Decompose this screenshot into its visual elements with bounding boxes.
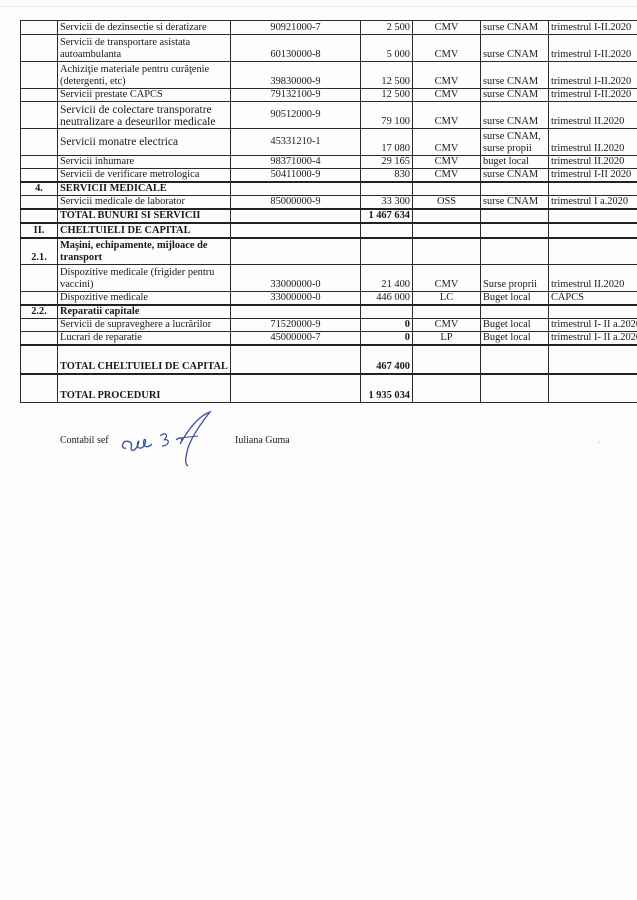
cell-value: 79 100 [361, 102, 413, 129]
cell-procedure [413, 238, 481, 264]
cell-source: surse CNAM [481, 89, 549, 102]
cell-nr [21, 21, 58, 35]
cell-nr [21, 102, 58, 129]
table-row: TOTAL PROCEDURI1 935 034 [21, 374, 637, 403]
cell-period: trimestrul I- II a.2020 [549, 318, 637, 331]
table-row: Dispozitive medicale33000000-0446 000LCB… [21, 291, 637, 305]
scan-edge [0, 6, 637, 7]
cell-period: trimestrul I-II.2020 [549, 89, 637, 102]
cell-period [549, 238, 637, 264]
cell-procedure [413, 209, 481, 223]
cell-source: Buget local [481, 291, 549, 305]
cell-source: surse CNAM [481, 35, 549, 62]
cell-period: trimestrul I-II.2020 [549, 21, 637, 35]
cell-nr: 4. [21, 182, 58, 196]
cell-name: TOTAL BUNURI SI SERVICII [58, 209, 231, 223]
cell-code [231, 345, 361, 374]
cell-nr [21, 345, 58, 374]
table-row: Servicii de supraveghere a lucrărilor715… [21, 318, 637, 331]
cell-procedure: LP [413, 331, 481, 345]
table-row: Servicii prestate CAPCS79132100-912 500C… [21, 89, 637, 102]
cell-value [361, 223, 413, 238]
table-row: Servicii de verificare metrologica504110… [21, 169, 637, 183]
cell-code: 33000000-0 [231, 291, 361, 305]
cell-value: 830 [361, 169, 413, 183]
cell-code: 60130000-8 [231, 35, 361, 62]
signature-mark-icon [118, 408, 228, 468]
cell-nr [21, 331, 58, 345]
cell-value: 29 165 [361, 156, 413, 169]
cell-code: 90921000-7 [231, 21, 361, 35]
cell-value: 1 935 034 [361, 374, 413, 403]
cell-name: Servicii inhumare [58, 156, 231, 169]
cell-name: Servicii de dezinsectie si deratizare [58, 21, 231, 35]
cell-source: Surse proprii [481, 264, 549, 291]
cell-value: 12 500 [361, 62, 413, 89]
table-row: 2.1.Maşini, echipamente, mijloace de tra… [21, 238, 637, 264]
cell-value [361, 238, 413, 264]
cell-code: 45331210-1 [231, 129, 361, 156]
cell-procedure [413, 182, 481, 196]
cell-nr [21, 156, 58, 169]
signature-name: Iuliana Guma [235, 435, 290, 446]
cell-value: 2 500 [361, 21, 413, 35]
cell-nr [21, 169, 58, 183]
cell-procedure: CMV [413, 156, 481, 169]
cell-nr: II. [21, 223, 58, 238]
cell-name: Lucrari de reparatie [58, 331, 231, 345]
cell-source [481, 182, 549, 196]
cell-nr: 2.2. [21, 305, 58, 319]
cell-nr [21, 129, 58, 156]
cell-name: Servicii de supraveghere a lucrărilor [58, 318, 231, 331]
table-row: TOTAL BUNURI SI SERVICII1 467 634 [21, 209, 637, 223]
table-row: Servicii medicale de laborator85000000-9… [21, 196, 637, 210]
cell-source [481, 223, 549, 238]
table-row: Lucrari de reparatie45000000-70LPBuget l… [21, 331, 637, 345]
cell-code: 39830000-9 [231, 62, 361, 89]
cell-source [481, 305, 549, 319]
cell-value: 0 [361, 331, 413, 345]
cell-nr [21, 291, 58, 305]
cell-period [549, 209, 637, 223]
table-row: Servicii de dezinsectie si deratizare909… [21, 21, 637, 35]
cell-nr: 2.1. [21, 238, 58, 264]
cell-source: buget local [481, 156, 549, 169]
cell-nr [21, 89, 58, 102]
table-row: 4.SERVICII MEDICALE [21, 182, 637, 196]
cell-value: 33 300 [361, 196, 413, 210]
cell-name: Servicii de verificare metrologica [58, 169, 231, 183]
cell-value: 17 080 [361, 129, 413, 156]
cell-nr [21, 196, 58, 210]
cell-value [361, 182, 413, 196]
cell-period: trimestrul II.2020 [549, 102, 637, 129]
cell-code: 50411000-9 [231, 169, 361, 183]
cell-name: Servicii de colectare transporatre neutr… [58, 102, 231, 129]
cell-period: trimestrul II.2020 [549, 129, 637, 156]
cell-source: surse CNAM [481, 62, 549, 89]
cell-value: 5 000 [361, 35, 413, 62]
table-row: 2.2.Reparatii capitale [21, 305, 637, 319]
cell-name: Reparatii capitale [58, 305, 231, 319]
cell-code [231, 374, 361, 403]
cell-period: trimestrul I- II a.2020 [549, 331, 637, 345]
cell-code: 71520000-9 [231, 318, 361, 331]
table-row: Servicii monatre electrica45331210-117 0… [21, 129, 637, 156]
signature-role: Contabil sef [60, 435, 109, 446]
table-row: Achiziţie materiale pentru curăţenie (de… [21, 62, 637, 89]
cell-value [361, 305, 413, 319]
cell-name: TOTAL PROCEDURI [58, 374, 231, 403]
cell-source: Buget local [481, 318, 549, 331]
cell-procedure: CMV [413, 102, 481, 129]
cell-code: 98371000-4 [231, 156, 361, 169]
cell-code [231, 305, 361, 319]
cell-procedure: CMV [413, 264, 481, 291]
cell-value: 467 400 [361, 345, 413, 374]
cell-name: Maşini, echipamente, mijloace de transpo… [58, 238, 231, 264]
table-row: Dispozitive medicale (frigider pentru va… [21, 264, 637, 291]
cell-code: 90512000-9 [231, 102, 361, 129]
table-row: Servicii inhumare98371000-429 165CMVbuge… [21, 156, 637, 169]
cell-procedure [413, 345, 481, 374]
table-row: Servicii de colectare transporatre neutr… [21, 102, 637, 129]
cell-nr [21, 35, 58, 62]
cell-name: Dispozitive medicale [58, 291, 231, 305]
cell-period: trimestrul I-II.2020 [549, 62, 637, 89]
cell-code: 79132100-9 [231, 89, 361, 102]
table-row: II.CHELTUIELI DE CAPITAL [21, 223, 637, 238]
cell-period: CAPCS [549, 291, 637, 305]
cell-period: trimestrul II.2020 [549, 264, 637, 291]
cell-period: trimestrul I-II 2020 [549, 169, 637, 183]
cell-name: Servicii monatre electrica [58, 129, 231, 156]
cell-source: surse CNAM [481, 196, 549, 210]
cell-value: 446 000 [361, 291, 413, 305]
cell-name: CHELTUIELI DE CAPITAL [58, 223, 231, 238]
cell-nr [21, 62, 58, 89]
cell-procedure: CMV [413, 89, 481, 102]
cell-procedure [413, 305, 481, 319]
cell-procedure: CMV [413, 169, 481, 183]
cell-source: surse CNAM [481, 169, 549, 183]
cell-procedure: CMV [413, 129, 481, 156]
cell-code [231, 209, 361, 223]
cell-code [231, 182, 361, 196]
cell-nr [21, 318, 58, 331]
table-row: Servicii de transportare asistata autoam… [21, 35, 637, 62]
cell-value: 1 467 634 [361, 209, 413, 223]
cell-name: SERVICII MEDICALE [58, 182, 231, 196]
cell-period: trimestrul I-II.2020 [549, 35, 637, 62]
procurement-table: Servicii de dezinsectie si deratizare909… [20, 20, 637, 403]
cell-nr [21, 209, 58, 223]
cell-period [549, 305, 637, 319]
cell-period [549, 182, 637, 196]
cell-period: trimestrul I a.2020 [549, 196, 637, 210]
cell-code: 33000000-0 [231, 264, 361, 291]
cell-name: Dispozitive medicale (frigider pentru va… [58, 264, 231, 291]
scan-artifact: ' [598, 440, 600, 451]
cell-source [481, 345, 549, 374]
cell-source [481, 209, 549, 223]
cell-procedure: CMV [413, 21, 481, 35]
cell-name: Servicii medicale de laborator [58, 196, 231, 210]
cell-code: 85000000-9 [231, 196, 361, 210]
table-row: TOTAL CHELTUIELI DE CAPITAL467 400 [21, 345, 637, 374]
cell-procedure: CMV [413, 35, 481, 62]
cell-code: 45000000-7 [231, 331, 361, 345]
cell-procedure [413, 223, 481, 238]
cell-source [481, 238, 549, 264]
cell-code [231, 223, 361, 238]
cell-nr [21, 374, 58, 403]
cell-period [549, 223, 637, 238]
cell-procedure: LC [413, 291, 481, 305]
cell-source: surse CNAM [481, 102, 549, 129]
cell-nr [21, 264, 58, 291]
cell-procedure: OSS [413, 196, 481, 210]
cell-name: Achiziţie materiale pentru curăţenie (de… [58, 62, 231, 89]
cell-period [549, 374, 637, 403]
cell-source: surse CNAM, surse propii [481, 129, 549, 156]
cell-name: Servicii prestate CAPCS [58, 89, 231, 102]
cell-value: 12 500 [361, 89, 413, 102]
cell-name: Servicii de transportare asistata autoam… [58, 35, 231, 62]
cell-code [231, 238, 361, 264]
cell-value: 21 400 [361, 264, 413, 291]
cell-procedure: CMV [413, 318, 481, 331]
cell-value: 0 [361, 318, 413, 331]
cell-source: Buget local [481, 331, 549, 345]
cell-name: TOTAL CHELTUIELI DE CAPITAL [58, 345, 231, 374]
cell-procedure [413, 374, 481, 403]
cell-source [481, 374, 549, 403]
cell-period: trimestrul II.2020 [549, 156, 637, 169]
cell-procedure: CMV [413, 62, 481, 89]
cell-period [549, 345, 637, 374]
cell-source: surse CNAM [481, 21, 549, 35]
